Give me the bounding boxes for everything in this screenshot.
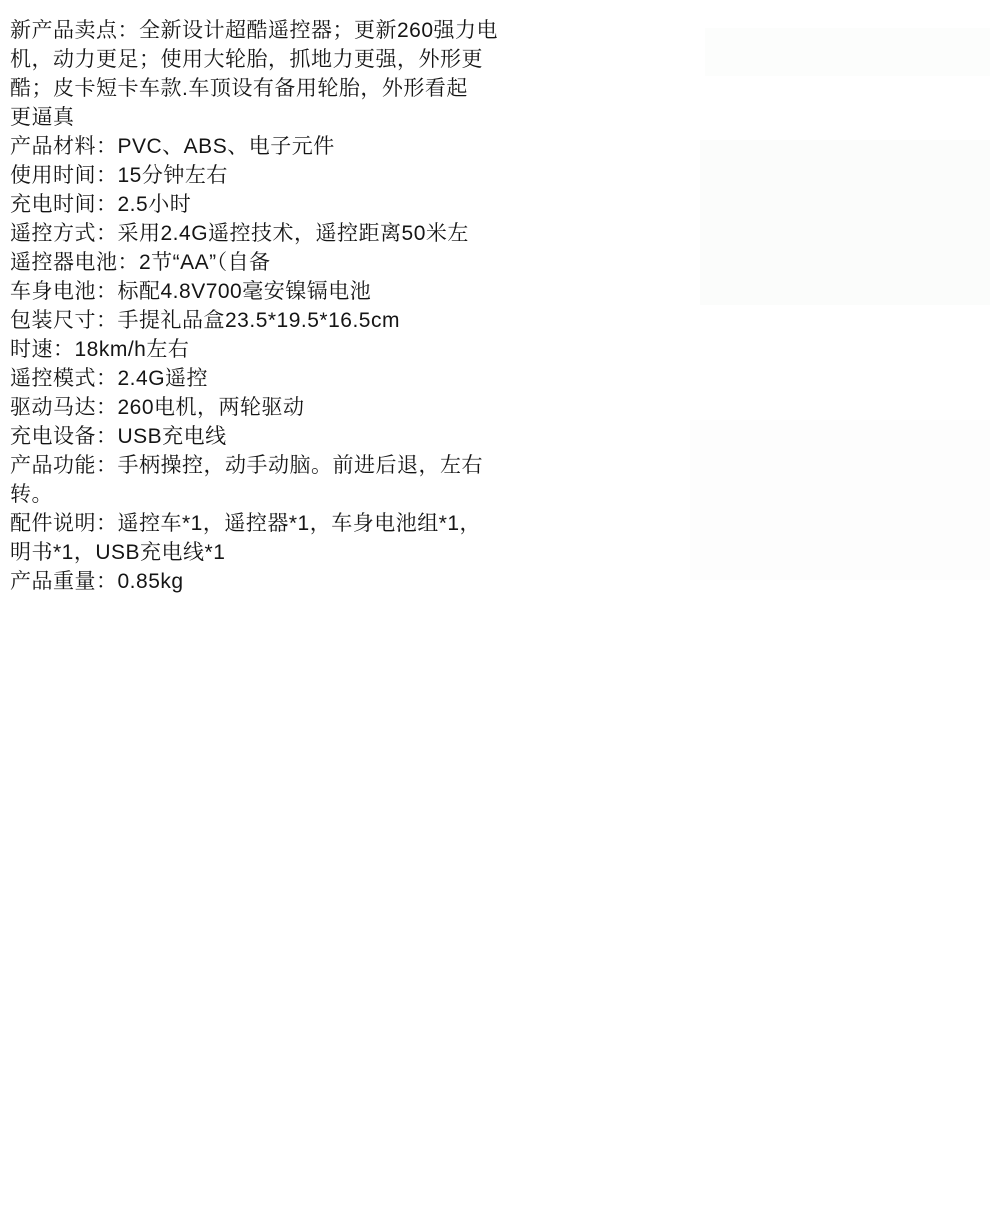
spec-line: 车身电池：标配4.8V700毫安镍镉电池 bbox=[10, 277, 570, 306]
spec-line: 机，动力更足；使用大轮胎，抓地力更强，外形更 bbox=[10, 45, 570, 74]
spec-line: 充电设备：USB充电线 bbox=[10, 422, 570, 451]
product-description: 新产品卖点：全新设计超酷遥控器；更新260强力电机，动力更足；使用大轮胎，抓地力… bbox=[10, 16, 570, 596]
spec-line: 明书*1，USB充电线*1 bbox=[10, 538, 570, 567]
spec-line: 新产品卖点：全新设计超酷遥控器；更新260强力电 bbox=[10, 16, 570, 45]
spec-line: 产品功能：手柄操控，动手动脑。前进后退，左右 bbox=[10, 451, 570, 480]
spec-line: 产品材料：PVC、ABS、电子元件 bbox=[10, 132, 570, 161]
spec-line: 使用时间：15分钟左右 bbox=[10, 161, 570, 190]
spec-line: 酷；皮卡短卡车款.车顶设有备用轮胎，外形看起 bbox=[10, 74, 570, 103]
spec-line: 驱动马达：260电机，两轮驱动 bbox=[10, 393, 570, 422]
spec-line: 包装尺寸：手提礼品盒23.5*19.5*16.5cm bbox=[10, 306, 570, 335]
watermark-artifact bbox=[700, 140, 990, 305]
spec-line: 遥控器电池：2节“AA”（自备 bbox=[10, 248, 570, 277]
spec-line: 遥控模式：2.4G遥控 bbox=[10, 364, 570, 393]
spec-line: 时速：18km/h左右 bbox=[10, 335, 570, 364]
spec-line: 转。 bbox=[10, 480, 570, 509]
spec-line: 遥控方式：采用2.4G遥控技术，遥控距离50米左 bbox=[10, 219, 570, 248]
page-background: 新产品卖点：全新设计超酷遥控器；更新260强力电机，动力更足；使用大轮胎，抓地力… bbox=[0, 0, 990, 1208]
watermark-artifact bbox=[690, 420, 990, 580]
spec-line: 产品重量：0.85kg bbox=[10, 567, 570, 596]
watermark-artifact bbox=[705, 28, 990, 76]
spec-line: 更逼真 bbox=[10, 103, 570, 132]
spec-line: 配件说明：遥控车*1，遥控器*1，车身电池组*1， bbox=[10, 509, 570, 538]
spec-line: 充电时间：2.5小时 bbox=[10, 190, 570, 219]
